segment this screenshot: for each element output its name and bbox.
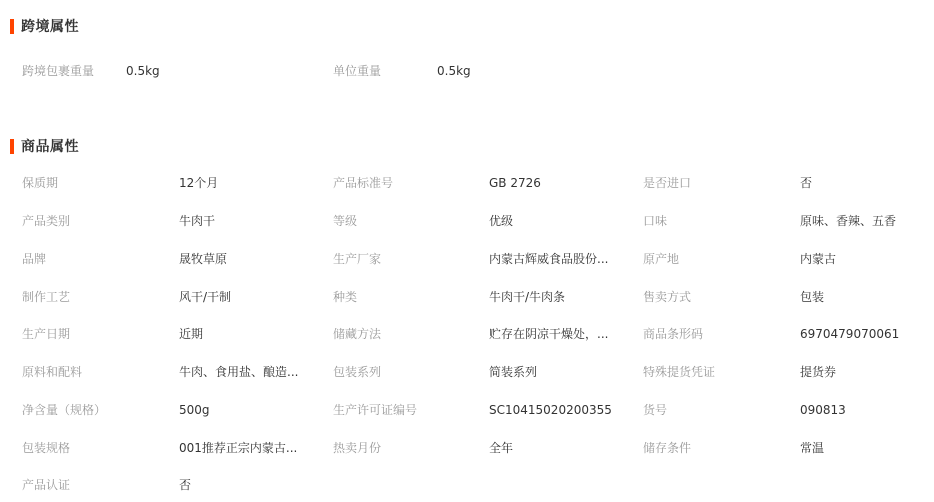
attribute-label: 产品类别: [22, 212, 172, 230]
attribute-value: 001推荐正宗内蒙古...: [179, 439, 314, 457]
attribute-label: 货号: [643, 401, 793, 419]
attribute-value: 090813: [800, 401, 930, 419]
attribute-label: 制作工艺: [22, 288, 172, 306]
attribute-label: 包装规格: [22, 439, 172, 457]
attribute-value: 6970479070061: [800, 325, 930, 343]
attribute-value: 12个月: [179, 174, 314, 192]
attribute-label: 种类: [333, 288, 483, 306]
attribute-label: 原料和配料: [22, 363, 172, 381]
attribute-label: 口味: [643, 212, 793, 230]
attribute-value: 牛肉、食用盐、酿造...: [179, 363, 314, 381]
cross-border-section-header: 跨境属性: [10, 17, 79, 35]
attribute-label: 跨境包裹重量: [22, 62, 122, 80]
attribute-value: 内蒙古: [800, 250, 930, 268]
attribute-label: 品牌: [22, 250, 172, 268]
attribute-label: 包装系列: [333, 363, 483, 381]
attribute-label: 生产厂家: [333, 250, 483, 268]
attribute-label: 热卖月份: [333, 439, 483, 457]
attribute-row: 净含量（规格） 500g 生产许可证编号 SC10415020200355 货号…: [0, 401, 934, 419]
attribute-value: 贮存在阴凉干燥处，...: [489, 325, 624, 343]
attribute-row: 产品认证 否: [0, 476, 934, 494]
attribute-label: 储藏方法: [333, 325, 483, 343]
attribute-value: 优级: [489, 212, 624, 230]
attribute-value: 牛肉干/牛肉条: [489, 288, 624, 306]
attribute-row: 包装规格 001推荐正宗内蒙古... 热卖月份 全年 储存条件 常温: [0, 439, 934, 457]
attribute-value: GB 2726: [489, 174, 624, 192]
attribute-value: 否: [800, 174, 930, 192]
attribute-value: 晟牧草原: [179, 250, 314, 268]
attribute-label: 保质期: [22, 174, 172, 192]
attribute-row: 制作工艺 风干/干制 种类 牛肉干/牛肉条 售卖方式 包装: [0, 288, 934, 306]
attribute-label: 生产许可证编号: [333, 401, 483, 419]
attribute-label: 是否进口: [643, 174, 793, 192]
product-detail-attributes: 跨境属性 跨境包裹重量 0.5kg 单位重量 0.5kg 商品属性 保质期 12…: [0, 0, 934, 502]
attribute-value: 内蒙古辉威食品股份...: [489, 250, 624, 268]
attribute-value: 常温: [800, 439, 930, 457]
attribute-value: 0.5kg: [126, 62, 306, 80]
product-attributes-section-header: 商品属性: [10, 137, 79, 155]
attribute-value: SC10415020200355: [489, 401, 624, 419]
cross-border-title: 跨境属性: [21, 16, 79, 36]
accent-bar-icon: [10, 139, 14, 154]
attribute-label: 等级: [333, 212, 483, 230]
attribute-row: 保质期 12个月 产品标准号 GB 2726 是否进口 否: [0, 174, 934, 192]
attribute-value: 500g: [179, 401, 314, 419]
product-attributes-title: 商品属性: [21, 136, 79, 156]
attribute-value: 否: [179, 476, 314, 494]
attribute-label: 商品条形码: [643, 325, 793, 343]
attribute-value: 提货券: [800, 363, 930, 381]
attribute-value: 0.5kg: [437, 62, 617, 80]
attribute-label: 净含量（规格）: [22, 401, 172, 419]
attribute-value: 近期: [179, 325, 314, 343]
attribute-value: 全年: [489, 439, 624, 457]
attribute-row: 产品类别 牛肉干 等级 优级 口味 原味、香辣、五香: [0, 212, 934, 230]
attribute-label: 原产地: [643, 250, 793, 268]
attribute-label: 单位重量: [333, 62, 433, 80]
attribute-label: 生产日期: [22, 325, 172, 343]
attribute-value: 风干/干制: [179, 288, 314, 306]
attribute-label: 储存条件: [643, 439, 793, 457]
attribute-row: 原料和配料 牛肉、食用盐、酿造... 包装系列 简装系列 特殊提货凭证 提货券: [0, 363, 934, 381]
attribute-label: 产品标准号: [333, 174, 483, 192]
attribute-label: 售卖方式: [643, 288, 793, 306]
attribute-value: 简装系列: [489, 363, 624, 381]
attribute-label: 产品认证: [22, 476, 172, 494]
attribute-row: 跨境包裹重量 0.5kg 单位重量 0.5kg: [0, 62, 934, 80]
accent-bar-icon: [10, 19, 14, 34]
attribute-value: 原味、香辣、五香: [800, 212, 930, 230]
attribute-label: 特殊提货凭证: [643, 363, 793, 381]
attribute-row: 生产日期 近期 储藏方法 贮存在阴凉干燥处，... 商品条形码 69704790…: [0, 325, 934, 343]
attribute-value: 包装: [800, 288, 930, 306]
attribute-value: 牛肉干: [179, 212, 314, 230]
attribute-row: 品牌 晟牧草原 生产厂家 内蒙古辉威食品股份... 原产地 内蒙古: [0, 250, 934, 268]
